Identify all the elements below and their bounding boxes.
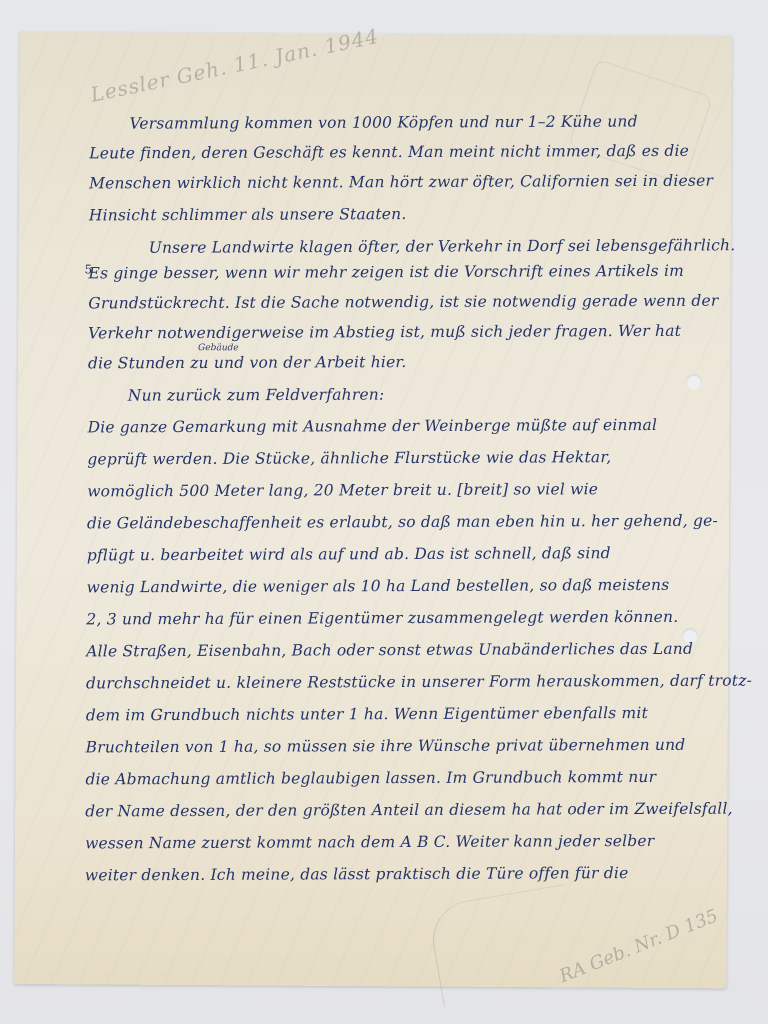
- text-line: Bruchteilen von 1 ha, so müssen sie ihre…: [86, 736, 686, 757]
- pencil-note-top: Lessler Geh. 11. Jan. 1944: [88, 24, 381, 107]
- handwritten-body: Versammlung kommen von 1000 Köpfen und n…: [89, 114, 689, 118]
- text-line: 2, 3 und mehr ha für einen Eigentümer zu…: [86, 608, 678, 629]
- text-line: Hinsicht schlimmer als unsere Staaten.: [89, 205, 407, 224]
- text-line: durchschneidet u. kleinere Reststücke in…: [86, 672, 752, 693]
- text-line: weiter denken. Ich meine, das lässt prak…: [85, 864, 629, 884]
- text-line: Es ginge besser, wenn wir mehr zeigen is…: [88, 262, 684, 283]
- text-line: Alle Straßen, Eisenbahn, Bach oder sonst…: [86, 640, 693, 661]
- text-line: die Stunden zu und von der Arbeit hier.: [88, 353, 407, 372]
- letter-page: Lessler Geh. 11. Jan. 1944 RA Geb. Nr. D…: [14, 32, 732, 988]
- text-line: der Name dessen, der den größten Anteil …: [85, 800, 733, 821]
- text-line: Menschen wirklich nicht kennt. Man hört …: [89, 172, 713, 193]
- text-line: Versammlung kommen von 1000 Köpfen und n…: [129, 112, 637, 132]
- text-line: Leute finden, deren Geschäft es kennt. M…: [89, 142, 689, 163]
- text-line: die Geländebeschaffenheit es erlaubt, so…: [87, 512, 718, 533]
- text-line: Verkehr notwendigerweise im Abstieg ist,…: [88, 322, 681, 343]
- text-line: geprüft werden. Die Stücke, ähnliche Flu…: [87, 448, 611, 468]
- interlinear-insert: Gebäude: [198, 343, 239, 353]
- text-line: womöglich 500 Meter lang, 20 Meter breit…: [87, 480, 598, 500]
- text-line: Die ganze Gemarkung mit Ausnahme der Wei…: [88, 416, 658, 436]
- text-line: wessen Name zuerst kommt nach dem A B C.…: [85, 832, 654, 852]
- text-line: die Abmachung amtlich beglaubigen lassen…: [85, 768, 656, 788]
- text-line: Grundstückrecht. Ist die Sache notwendig…: [88, 292, 718, 313]
- text-line: pflügt u. bearbeitet wird als auf und ab…: [87, 544, 611, 564]
- text-line: Unsere Landwirte klagen öfter, der Verke…: [149, 236, 736, 257]
- punch-hole-icon: [686, 374, 702, 390]
- text-line: dem im Grundbuch nichts unter 1 ha. Wenn…: [86, 704, 648, 724]
- pencil-note-bottom: RA Geb. Nr. D 135: [556, 905, 720, 987]
- text-line: Nun zurück zum Feldverfahren:: [128, 386, 385, 405]
- text-line: wenig Landwirte, die weniger als 10 ha L…: [87, 576, 670, 597]
